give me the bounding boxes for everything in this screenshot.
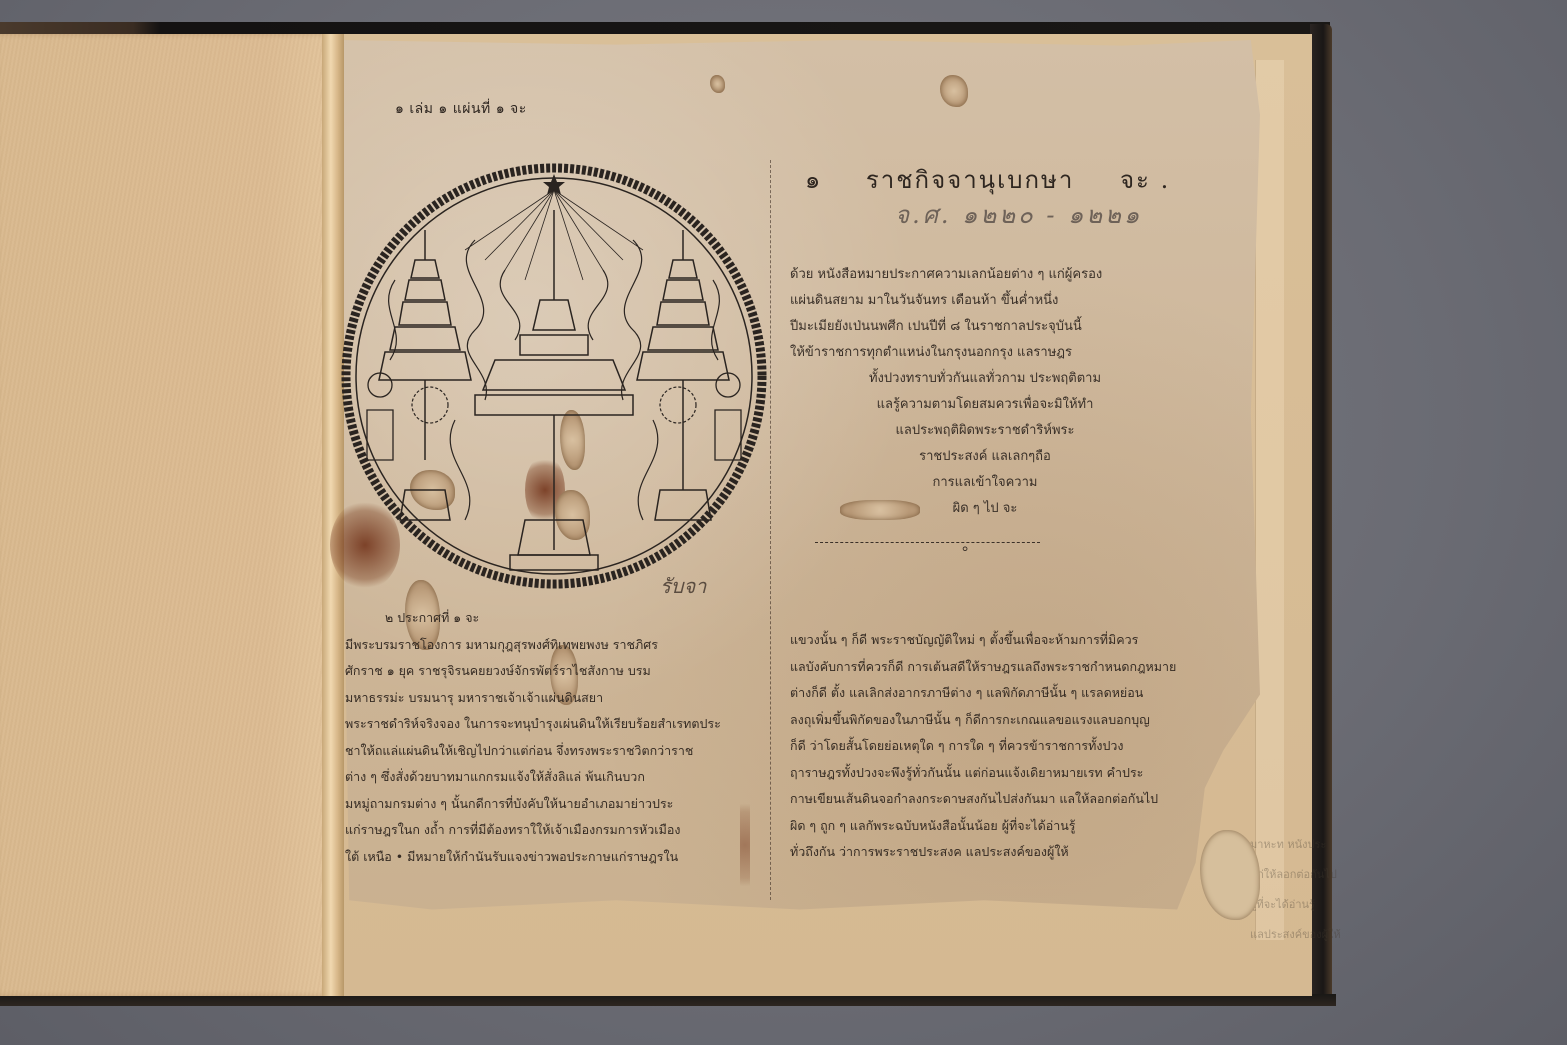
right-column-line: ทั่วถึงกัน ว่าการพระราชประสงค แลประสงค์ข… <box>790 839 1230 866</box>
show-through-line: มาหะท หนังประ <box>1250 830 1341 860</box>
announcement-heading: ๒ ประกาศที่ ๑ จะ <box>345 605 765 632</box>
right-column-text: แขวงนั้น ๆ ก็ดี พระราชบัญญัติใหม่ ๆ ตั้ง… <box>790 627 1230 866</box>
handwritten-date-note: จ.ศ. ๑๒๒๐ - ๑๒๒๑ <box>895 195 1142 234</box>
intro-line: ทั้งปวงทราบทั่วกันแลทั่วกาม ประพฤติตาม <box>750 366 1220 392</box>
rule-marker: ๐ <box>962 541 968 556</box>
intro-line: แลรู้ความตามโดยสมควรเพื่อจะมิให้ทำ <box>750 392 1220 418</box>
intro-line: ด้วย หนังสือหมายประกาศความเลกน้อยต่าง ๆ … <box>790 262 1190 288</box>
intro-line: แผ่นดินสยาม มาในวันจันทร เดือนห้า ขึ้นค่… <box>790 288 1190 314</box>
show-through-line: แลประสงค์ของผู้ให้ <box>1250 920 1341 950</box>
handwritten-signature: รับจา <box>660 570 706 602</box>
intro-line: แลประพฤติผิดพระราชดำริห์พระ <box>750 418 1220 444</box>
royal-seal-emblem <box>335 160 773 592</box>
title-suffix: จะ . <box>1120 166 1170 194</box>
right-column-line: ผิด ๆ ถูก ๆ แลกัพระฉบับหนังสือนั้นน้อย ผ… <box>790 813 1230 840</box>
intro-line: ให้ข้าราชการทุกตำแหน่งในกรุงนอกกรุง แลรา… <box>790 340 1190 366</box>
section-rule <box>815 542 1040 543</box>
left-column-line: ศักราช ๑ ยุค ราชรุจิรนคยยวงษ์จักรพัตร์รา… <box>345 658 765 685</box>
right-column-line: ต่างก็ดี ตั้ง แลเลิกส่งอากรภาษีต่าง ๆ แล… <box>790 680 1230 707</box>
left-column-line: แก่ราษฎรในก งถ้ำ การที่มีต้องทราใให้เจ้า… <box>345 817 765 844</box>
right-column-line: ลงถุเพิ่มขึ้นพิกัดของในภาษีนั้น ๆ ก็ดีกา… <box>790 707 1230 734</box>
mount-frame <box>1255 60 1284 940</box>
right-column-line: ก็ดี ว่าโดยสั้นโดยย่อเหตุใด ๆ การใด ๆ ที… <box>790 733 1230 760</box>
left-column-line: ใต้ เหนือ • มีหมายให้กำนันรับแจงข่าวพอปร… <box>345 844 765 871</box>
left-column-line: มหมู่ถามกรมต่าง ๆ นั้นกดีการที่บังคับให้… <box>345 791 765 818</box>
left-column-text: ๒ ประกาศที่ ๑ จะ มีพระบรมราชโองการ มหามก… <box>345 605 765 870</box>
left-column-line: พระราชดำริห์จริงจอง ในการจะทนุบำรุงเผ่นด… <box>345 711 765 738</box>
right-column-line: กาษเขียนเส้นดินจอกำลงกระดาษสงกันไปส่งกัน… <box>790 786 1230 813</box>
title-text: ราชกิจจานุเบกษา <box>866 166 1074 194</box>
intro-text-block: ด้วย หนังสือหมายประกาศความเลกน้อยต่าง ๆ … <box>790 262 1190 522</box>
gazette-volume-header: ๑ เล่ม ๑ แผ่นที่ ๑ จะ <box>395 98 527 120</box>
intro-line: การแลเข้าใจความ <box>750 470 1220 496</box>
intro-line: ผิด ๆ ไป จะ <box>750 496 1220 522</box>
show-through-line: ผู้ที่จะได้อ่านรู้ <box>1250 890 1341 920</box>
left-column-line: ต่าง ๆ ซึ่งสั่งด้วยบาทมาแกกรมแจ้งให้สั่ง… <box>345 764 765 791</box>
show-through-text: มาหะท หนังประ แก่ให้ลอกต่อกันไป ผู้ที่จะ… <box>1250 830 1341 950</box>
right-column-line: แลบังคับการที่ควรก็ดี การเต้นสดีให้ราษฎร… <box>790 654 1230 681</box>
left-column-line: ชาให้ถแล่แผ่นดินให้เชิญไปกว่าแต่ก่อน จึ่… <box>345 738 765 765</box>
right-column-line: ฤาราษฎรทั้งปวงจะพึงรู้ทั่วกันนั้น แต่ก่อ… <box>790 760 1230 787</box>
show-through-line: แก่ให้ลอกต่อกันไป <box>1250 860 1341 890</box>
gazette-title: ๑ ราชกิจจานุเบกษา จะ . <box>805 160 1170 199</box>
title-number: ๑ <box>805 166 822 194</box>
intro-line: ราชประสงค์ แลเลกๆถือ <box>750 444 1220 470</box>
worm-hole <box>710 75 725 93</box>
left-column-line: มหาธรรม่ะ บรมนารุ มหาราชเจ้าเจ้าแผ่นดินส… <box>345 685 765 712</box>
left-endpaper <box>0 34 332 996</box>
right-column-line: แขวงนั้น ๆ ก็ดี พระราชบัญญัติใหม่ ๆ ตั้ง… <box>790 627 1230 654</box>
intro-line: ปีมะเมียยังเป่นนพศีก เปนปีที่ ๘ ในราชกาล… <box>790 314 1190 340</box>
worm-hole <box>940 75 968 107</box>
left-column-line: มีพระบรมราชโองการ มหามกุฎสุรพงศ์ทิเทพยพง… <box>345 632 765 659</box>
